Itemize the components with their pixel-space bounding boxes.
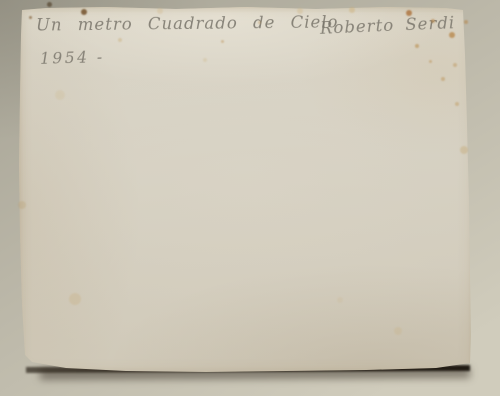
handwritten-title: Un metro Cuadrado de Cielo [36, 12, 339, 34]
handwritten-year: 1954 - [40, 48, 105, 68]
foxing-spot [47, 2, 52, 7]
photo-backing-board: Un metro Cuadrado de Cielo Roberto Serdi… [0, 0, 500, 396]
photo-verso-paper: Un metro Cuadrado de Cielo Roberto Serdi… [16, 5, 474, 375]
foxing-spot [464, 20, 468, 24]
handwritten-author-name: Roberto Serdi [320, 13, 456, 38]
